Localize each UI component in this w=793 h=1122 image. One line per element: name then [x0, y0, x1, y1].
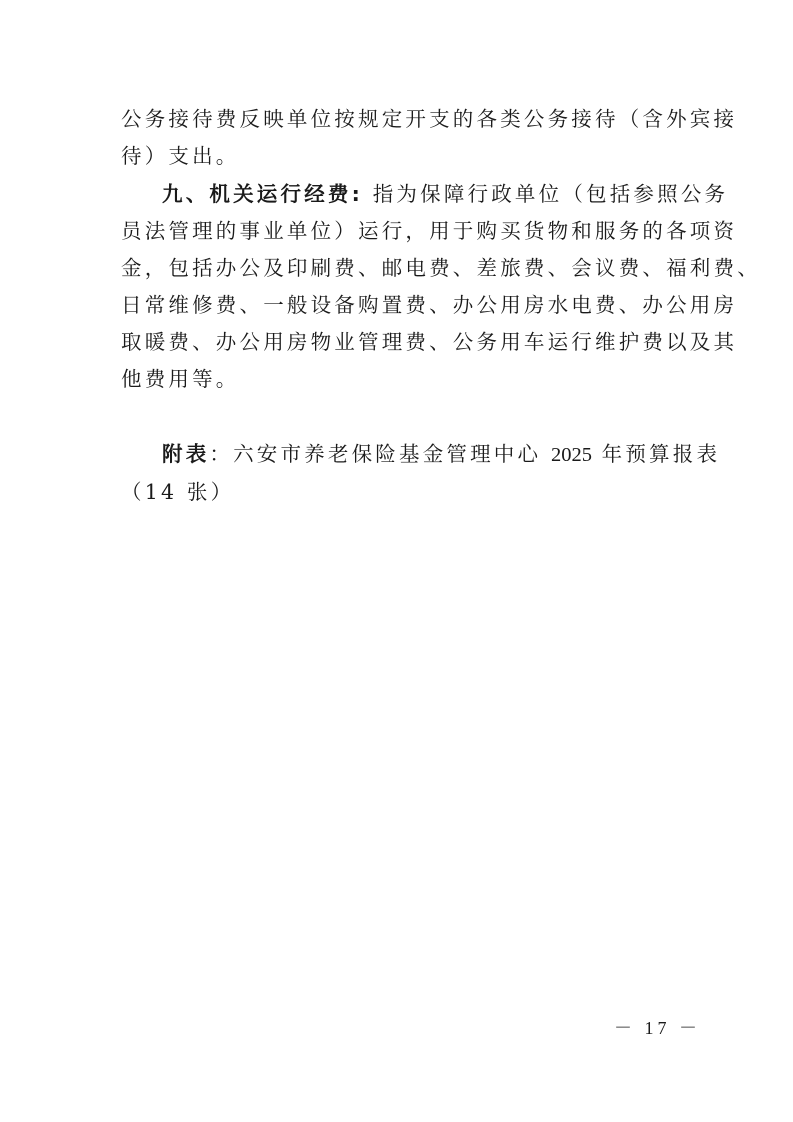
paragraph-line: 公务接待费反映单位按规定开支的各类公务接待（含外宾接 — [121, 101, 673, 138]
attachment-colon: ： — [209, 442, 233, 466]
attachment-org-name: 六安市养老保险基金管理中心 — [233, 442, 541, 466]
section-9-text: 指为保障行政单位（包括参照公务 — [373, 182, 729, 206]
attachment-count: （14 张） — [121, 474, 673, 511]
attachment-year: 2025 — [551, 444, 592, 466]
section-9-first-line: 九、机关运行经费: 指为保障行政单位（包括参照公务 — [162, 176, 673, 213]
document-page: 公务接待费反映单位按规定开支的各类公务接待（含外宾接 待）支出。 九、机关运行经… — [0, 0, 793, 1122]
page-number: － 17 － — [614, 1014, 701, 1042]
paragraph-line: 金，包括办公及印刷费、邮电费、差旅费、会议费、福利费、 — [121, 250, 673, 287]
paragraph-line: 日常维修费、一般设备购置费、办公用房水电费、办公用房 — [121, 287, 673, 324]
paragraph-line: 取暖费、办公用房物业管理费、公务用车运行维护费以及其 — [121, 324, 673, 361]
attachment-report-name: 年预算报表 — [602, 442, 721, 466]
paragraph-line: 他费用等。 — [121, 361, 673, 398]
paragraph-line: 待）支出。 — [121, 138, 673, 175]
attachment-line: 附表：六安市养老保险基金管理中心 2025 年预算报表 — [162, 436, 673, 473]
paragraph-line: 员法管理的事业单位）运行，用于购买货物和服务的各项资 — [121, 213, 673, 250]
section-9-heading-colon: : — [352, 182, 363, 206]
attachment-label: 附表 — [162, 442, 209, 466]
section-9-heading: 九、机关运行经费 — [162, 182, 352, 206]
